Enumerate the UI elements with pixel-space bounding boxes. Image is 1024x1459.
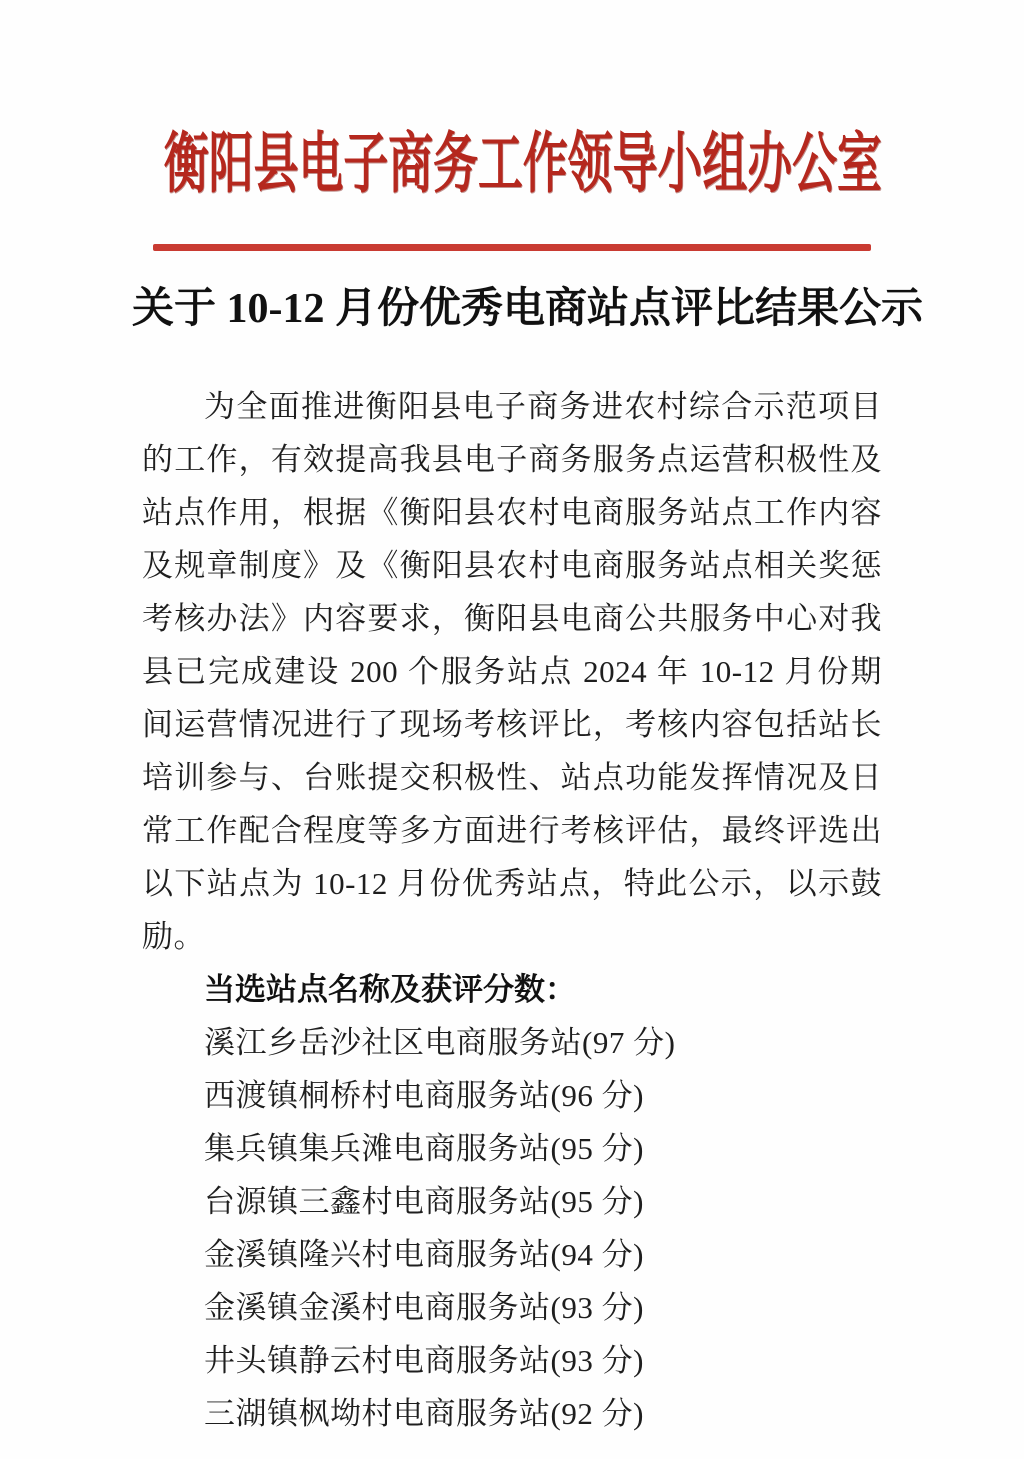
station-list-item: 溪江乡岳沙社区电商服务站(97 分) (142, 1016, 882, 1069)
station-list: 溪江乡岳沙社区电商服务站(97 分)西渡镇桐桥村电商服务站(96 分)集兵镇集兵… (142, 1016, 882, 1440)
station-list-item: 集兵镇集兵滩电商服务站(95 分) (142, 1122, 882, 1175)
letterhead-title: 衡阳县电子商务工作领导小组办公室 (164, 0, 860, 208)
station-list-item: 台源镇三鑫村电商服务站(95 分) (142, 1175, 882, 1228)
station-list-item: 金溪镇金溪村电商服务站(93 分) (142, 1281, 882, 1334)
station-list-heading: 当选站点名称及获评分数： (142, 963, 882, 1016)
document-title: 关于 10-12 月份优秀电商站点评比结果公示 (132, 285, 892, 333)
body-paragraph: 为全面推进衡阳县电子商务进农村综合示范项目的工作，有效提高我县电子商务服务点运营… (142, 380, 882, 963)
letterhead-divider (153, 244, 871, 251)
station-list-item: 西渡镇桐桥村电商服务站(96 分) (142, 1069, 882, 1122)
content-column: 为全面推进衡阳县电子商务进农村综合示范项目的工作，有效提高我县电子商务服务点运营… (142, 380, 882, 1440)
station-list-item: 三湖镇枫坳村电商服务站(92 分) (142, 1387, 882, 1440)
document-page: 衡阳县电子商务工作领导小组办公室 关于 10-12 月份优秀电商站点评比结果公示… (0, 0, 1024, 1459)
station-list-item: 井头镇静云村电商服务站(93 分) (142, 1334, 882, 1387)
letterhead-header: 衡阳县电子商务工作领导小组办公室 (0, 0, 1024, 251)
station-list-item: 金溪镇隆兴村电商服务站(94 分) (142, 1228, 882, 1281)
document-body: 关于 10-12 月份优秀电商站点评比结果公示 为全面推进衡阳县电子商务进农村综… (0, 285, 1024, 1440)
